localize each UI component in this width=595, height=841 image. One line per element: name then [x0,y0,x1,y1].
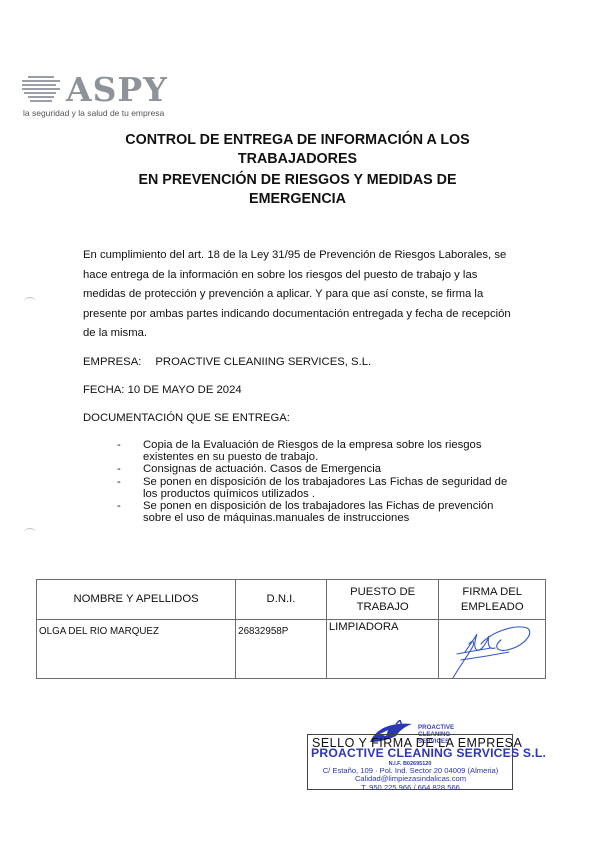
subtitle-line: EMERGENCIA [60,190,535,209]
document-title: CONTROL DE ENTREGA DE INFORMACIÓN A LOS … [60,131,535,169]
header-label: D.N.I. [267,593,296,605]
document-subtitle: EN PREVENCIÓN DE RIESGOS Y MEDIDAS DE EM… [60,171,535,209]
intro-paragraph: En cumplimiento del art. 18 de la Ley 31… [83,246,523,344]
list-item: -Consignas de actuación. Casos de Emerge… [115,463,510,475]
aspy-logo-mark-icon [22,76,60,106]
subtitle-line: EN PREVENCIÓN DE RIESGOS Y MEDIDAS DE [60,171,535,190]
documentation-heading: DOCUMENTACIÓN QUE SE ENTREGA: [83,412,290,424]
stamp-logo-line: PROACTIVE [418,724,454,731]
punch-hole-mark [24,528,36,537]
handwritten-signature-icon [439,616,544,686]
empresa-label: EMPRESA: [83,356,141,368]
documents-list: -Copia de la Evaluación de Riesgos de la… [115,439,510,524]
header-name: NOMBRE Y APELLIDOS [37,580,236,620]
bullet-dash: - [117,500,121,512]
empresa-line: EMPRESA:PROACTIVE CLEANIING SERVICES, S.… [83,356,371,368]
header-label: FIRMA DEL [440,585,544,600]
stamp-contact: C/ Estaño, 109 · Pol. Ind. Sector 20 040… [309,767,512,792]
bullet-dash: - [117,476,121,488]
document-item-text: Copia de la Evaluación de Riesgos de la … [143,439,481,463]
table-header-row: NOMBRE Y APELLIDOS D.N.I. PUESTO DETRABA… [37,580,546,620]
stamp-company-name: PROACTIVE CLEANING SERVICES S.L. [311,746,546,760]
cell-job: LIMPIADORA [326,620,439,679]
list-item: -Se ponen en disposición de los trabajad… [115,500,510,524]
title-line: TRABAJADORES [60,150,535,169]
header-label: PUESTO DE [328,585,438,600]
header-label: TRABAJO [328,600,438,615]
document-item-text: Se ponen en disposición de los trabajado… [143,500,493,524]
cell-dni: 26832958P [236,620,327,679]
employee-table: NOMBRE Y APELLIDOS D.N.I. PUESTO DETRABA… [36,579,546,679]
cell-signature [439,620,546,679]
document-item-text: Consignas de actuación. Casos de Emergen… [143,463,381,475]
list-item: -Copia de la Evaluación de Riesgos de la… [115,439,510,463]
header-dni: D.N.I. [236,580,327,620]
header-signature: FIRMA DELEMPLEADO [439,580,546,620]
fecha-line: FECHA: 10 DE MAYO DE 2024 [83,384,242,396]
bullet-dash: - [117,463,121,475]
logo-tagline: la seguridad y la salud de tu empresa [23,108,164,118]
bullet-dash: - [117,439,121,451]
empresa-value: PROACTIVE CLEANIING SERVICES, S.L. [155,356,371,368]
aspy-logo: ASPY [66,70,168,110]
cell-name: OLGA DEL RIO MARQUEZ [37,620,236,679]
header-job: PUESTO DETRABAJO [326,580,439,620]
list-item: -Se ponen en disposición de los trabajad… [115,476,510,500]
header-label: EMPLEADO [440,600,544,615]
title-line: CONTROL DE ENTREGA DE INFORMACIÓN A LOS [60,131,535,150]
header-label: NOMBRE Y APELLIDOS [73,593,198,605]
document-item-text: Se ponen en disposición de los trabajado… [143,476,507,500]
stamp-phones: T. 950 225 966 / 664 828 566 [309,784,512,792]
punch-hole-mark [24,297,36,306]
table-row: OLGA DEL RIO MARQUEZ 26832958P LIMPIADOR… [37,620,546,679]
